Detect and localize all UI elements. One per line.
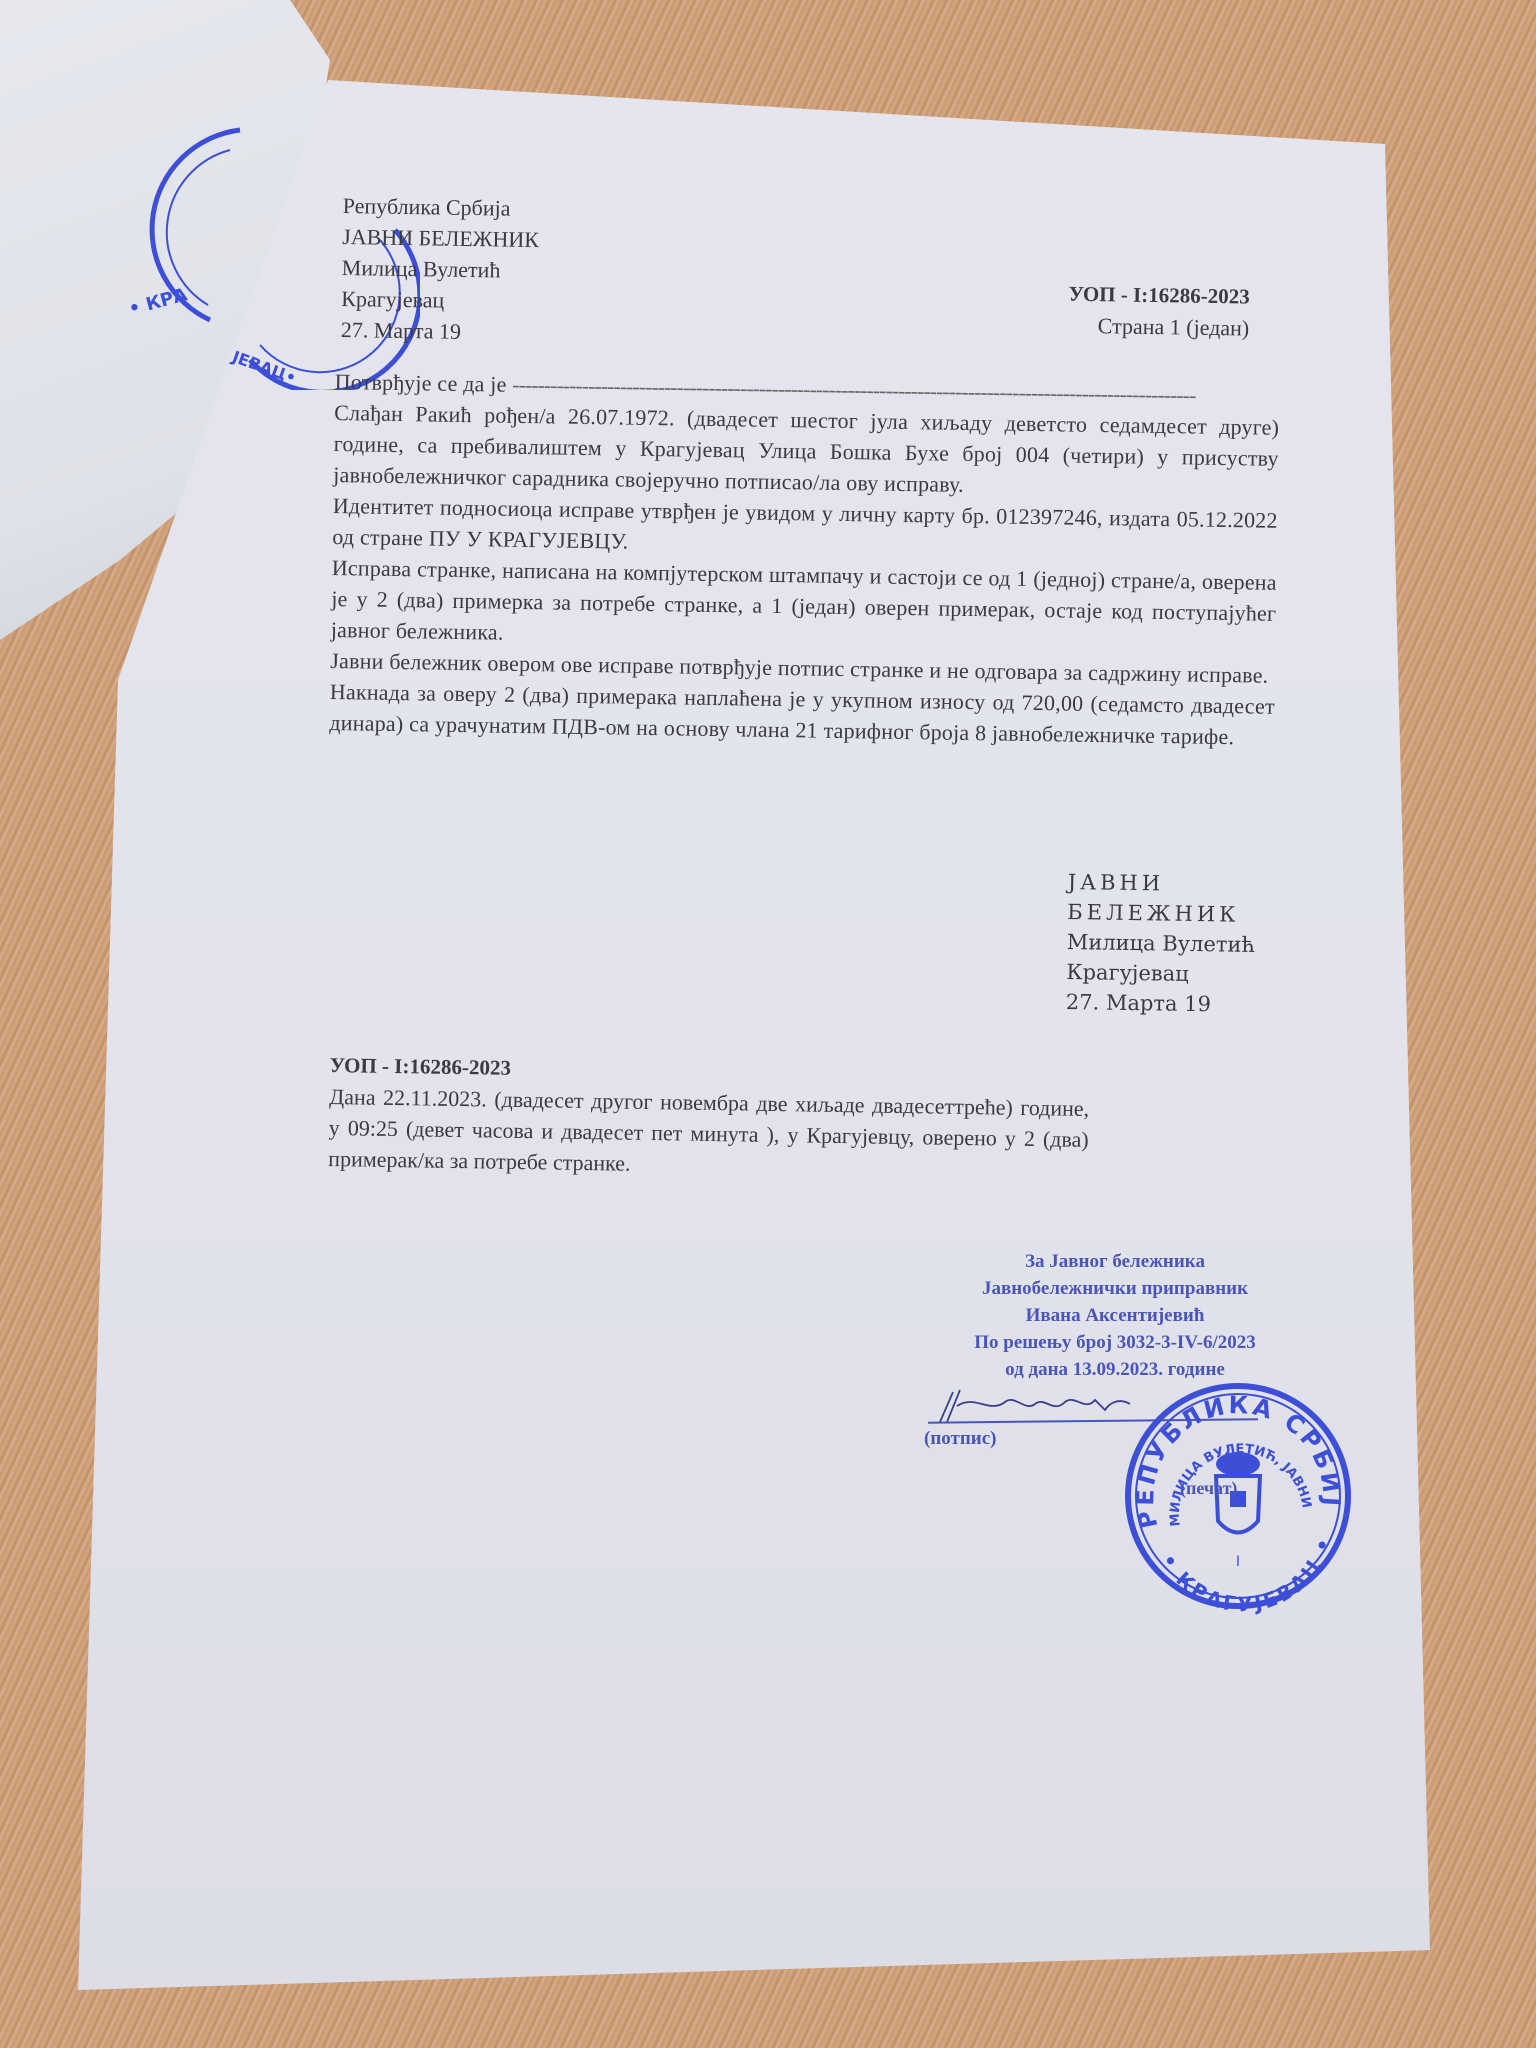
svg-text:ЈЕВАЦ•: ЈЕВАЦ•	[229, 347, 299, 388]
notary-city: Крагујевац	[1066, 957, 1255, 990]
trainee-stamp: За Јавног бележника Јавнобележнички прип…	[915, 1248, 1315, 1383]
paragraph-document: Исправа странке, написана на компјутерск…	[331, 552, 1277, 660]
notary-title-1: ЈАВНИ	[1068, 867, 1257, 900]
letterhead-country: Република Србија	[343, 190, 540, 224]
stamp-line-2: Јавнобележнички приправник	[915, 1275, 1315, 1302]
svg-text:(печат): (печат)	[1180, 1478, 1237, 1499]
svg-text:I: I	[1236, 1554, 1240, 1570]
notary-letterhead: Република Србија ЈАВНИ БЕЛЕЖНИК Милица В…	[341, 190, 540, 348]
notary-name: Милица Вулетић	[1067, 927, 1256, 960]
notary-title-2: БЕЛЕЖНИК	[1067, 897, 1256, 930]
letterhead-title: ЈАВНИ БЕЛЕЖНИК	[342, 221, 539, 255]
document-reference-block: УОП - I:16286-2023 Страна 1 (један)	[1024, 278, 1250, 344]
official-seal: РЕПУБЛИКА СРБИЈА МИЛИЦА ВУЛЕТИЋ, ЈАВНИ Б…	[1118, 1376, 1358, 1616]
stamp-line-1: За Јавног бележника	[915, 1248, 1315, 1275]
notary-address: 27. Марта 19	[1066, 987, 1255, 1020]
letterhead-city: Крагујевац	[341, 283, 538, 317]
letterhead-address: 27. Марта 19	[341, 314, 538, 348]
certification-body: Потврђује се да је ---------------------…	[329, 366, 1280, 753]
reference-number: УОП - I:16286-2023	[1025, 278, 1250, 313]
notary-signature-block: ЈАВНИ БЕЛЕЖНИК Милица Вулетић Крагујевац…	[1066, 867, 1257, 1020]
handwritten-signature	[935, 1384, 1135, 1424]
stamp-line-3: Ивана Аксентијевић	[915, 1302, 1315, 1329]
paragraph-signatory: Слађан Ракић рођен/а 26.07.1972. (двадес…	[333, 397, 1279, 505]
page-number: Страна 1 (један)	[1024, 309, 1249, 344]
svg-text:• КРА: • КРА	[127, 284, 190, 320]
certification-clause: УОП - I:16286-2023 Дана 22.11.2023. (два…	[328, 1050, 1090, 1186]
cert-text: Дана 22.11.2023. (двадесет другог новемб…	[328, 1081, 1089, 1186]
letterhead-name: Милица Вулетић	[342, 252, 539, 286]
stamp-line-4: По решењу број 3032-3-IV-6/2023	[915, 1329, 1315, 1356]
signature-label: (потпис)	[924, 1428, 997, 1450]
svg-text:• КРАГУЈЕВАЦ •: • КРАГУЈЕВАЦ •	[1156, 1533, 1336, 1616]
